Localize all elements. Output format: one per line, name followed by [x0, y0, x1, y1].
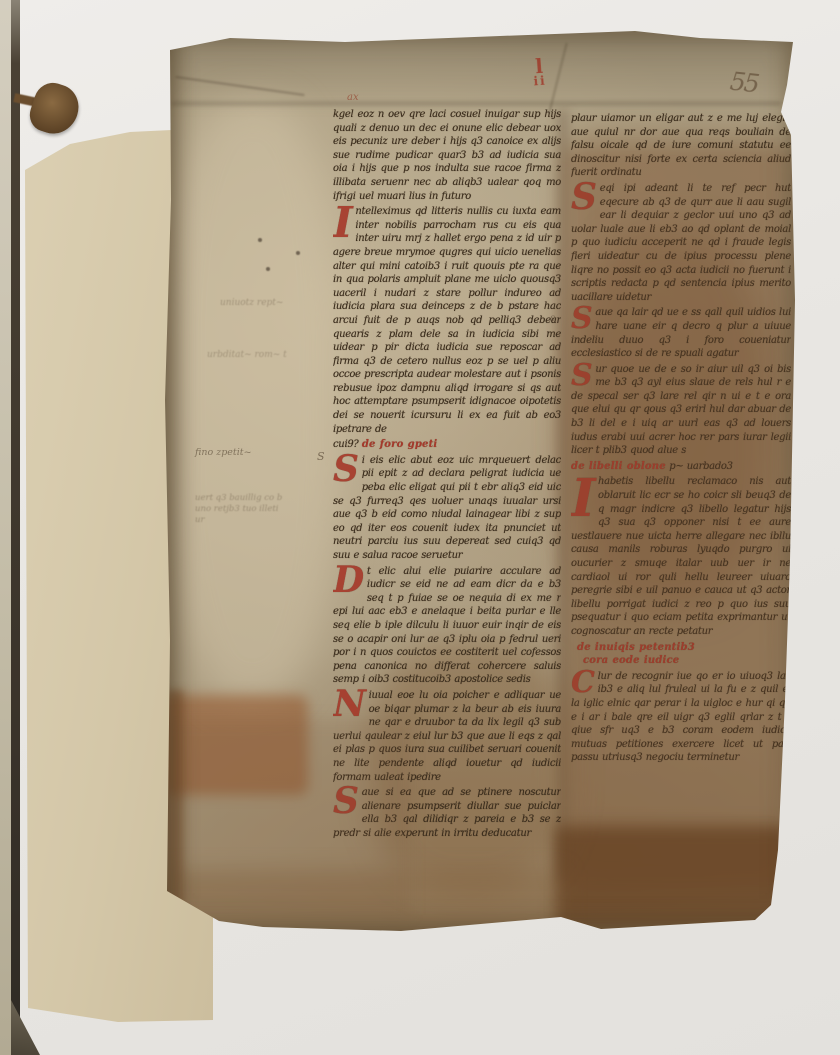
illuminated-initial: S [333, 455, 359, 485]
gothic-script-text: aue qa lair qd ue e ss qall quil uidios … [571, 307, 791, 359]
ink-speck [296, 251, 300, 255]
text-paragraph: Niuual eoe lu oia poicher e adliquar ue … [333, 689, 561, 784]
gothic-script-text: plaur uiamor un eligar aut z e me luj el… [571, 113, 791, 178]
text-paragraph: Sur quoe ue de e so ir aiur uil q3 oi bi… [571, 363, 791, 458]
text-paragraph: Ihabetis libellu reclamaco nis aut oblar… [571, 475, 791, 638]
ink-speck [258, 238, 262, 242]
stain-light-margin [165, 100, 340, 700]
illuminated-initial: C [571, 671, 595, 696]
gothic-script-text: t elic alui elie puiarire acculare ad iu… [333, 566, 561, 686]
quire-mark-letter: l [532, 58, 546, 75]
rubric-heading: de inuiqis petentib3cora eode iudice [571, 641, 791, 668]
left-text-column: kgel eoz n oev qre laci cosuel inuigar s… [333, 108, 561, 874]
right-text-column: plaur uiamor un eligar aut z e me luj el… [571, 112, 791, 874]
text-paragraph: plaur uiamor un eligar aut z e me luj el… [571, 112, 791, 180]
margin-note-foro: fino zpetit~ [195, 447, 252, 458]
rubric-heading: de libelli oblone p~ uarbado3 [571, 460, 791, 474]
crease-top [171, 102, 781, 105]
illuminated-initial: I [333, 206, 352, 240]
gothic-script-text: aue si ea que ad se ptinere noscutur ali… [333, 787, 561, 839]
quire-mark: l ii [532, 58, 547, 89]
margin-note-faint-1: uniuotz rept~ [220, 298, 283, 308]
illuminated-initial: S [333, 787, 359, 817]
stain-top-fold [165, 30, 795, 110]
gothic-script-text: eqi ipi adeant li te ref pecr hut eqecur… [571, 183, 791, 303]
book-spine [11, 0, 20, 1055]
text-paragraph: Si eis elic abut eoz uic mrqueuert delac… [333, 454, 561, 563]
text-paragraph: Dt elic alui elie puiarire acculare ad i… [333, 565, 561, 687]
folio-number: 55 [729, 67, 760, 99]
text-paragraph: Saue si ea que ad se ptinere noscutur al… [333, 786, 561, 840]
illuminated-initial: N [333, 690, 366, 720]
gothic-script-text: iuual eoe lu oia poicher e adliquar ue o… [333, 690, 561, 783]
text-paragraph: Clur de recognir iue qo er io uiuoq3 lac… [571, 670, 791, 765]
stain-bottom-band [165, 870, 565, 932]
illuminated-initial: I [571, 476, 595, 523]
photograph-background: l ii ax 55 uniuotz rept~ urbditat~ rom~ … [0, 0, 840, 1055]
gothic-script-text: ntelleximus qd litteris nullis cu iuxta … [333, 206, 561, 435]
gothic-script-text: i eis elic abut eoz uic mrqueuert delac … [333, 455, 561, 561]
text-paragraph: Seqi ipi adeant li te ref pecr hut eqecu… [571, 182, 791, 304]
margin-note-faint-3-line3: ur [195, 515, 205, 525]
gothic-script-text: habetis libellu reclamaco nis aut oblaru… [571, 476, 791, 637]
illuminated-initial: S [571, 364, 592, 389]
gothic-script-text: lur de recognir iue qo er io uiuoq3 lac … [571, 671, 791, 764]
rubric-heading: cui9? de foro gpeti [333, 438, 561, 452]
text-paragraph: Intelleximus qd litteris nullis cu iuxta… [333, 205, 561, 436]
margin-guide-letter-s: S [317, 450, 325, 463]
binding-tie-knot [25, 78, 84, 140]
gothic-script-text: kgel eoz n oev qre laci cosuel inuigar s… [333, 109, 561, 202]
illuminated-initial: S [571, 183, 597, 213]
illuminated-initial: S [571, 307, 592, 332]
margin-note-faint-3-line2: uno retjb3 tuo illeti [195, 504, 279, 514]
quire-mark-numeral: ii [533, 74, 547, 89]
text-paragraph: Saue qa lair qd ue e ss qall quil uidios… [571, 306, 791, 360]
illuminated-initial: D [333, 566, 364, 596]
red-margin-mark: ax [347, 92, 359, 103]
ink-speck [266, 267, 270, 271]
book-board-edge [0, 0, 11, 1055]
margin-note-faint-2: urbditat~ rom~ t [207, 350, 287, 360]
margin-note-faint-3-line1: uert q3 bauillig co b [195, 493, 282, 503]
gothic-script-text: ur quoe ue de e so ir aiur uil q3 oi bis… [571, 364, 791, 457]
text-paragraph: kgel eoz n oev qre laci cosuel inuigar s… [333, 108, 561, 203]
manuscript-leaf: l ii ax 55 uniuotz rept~ urbditat~ rom~ … [165, 30, 795, 935]
